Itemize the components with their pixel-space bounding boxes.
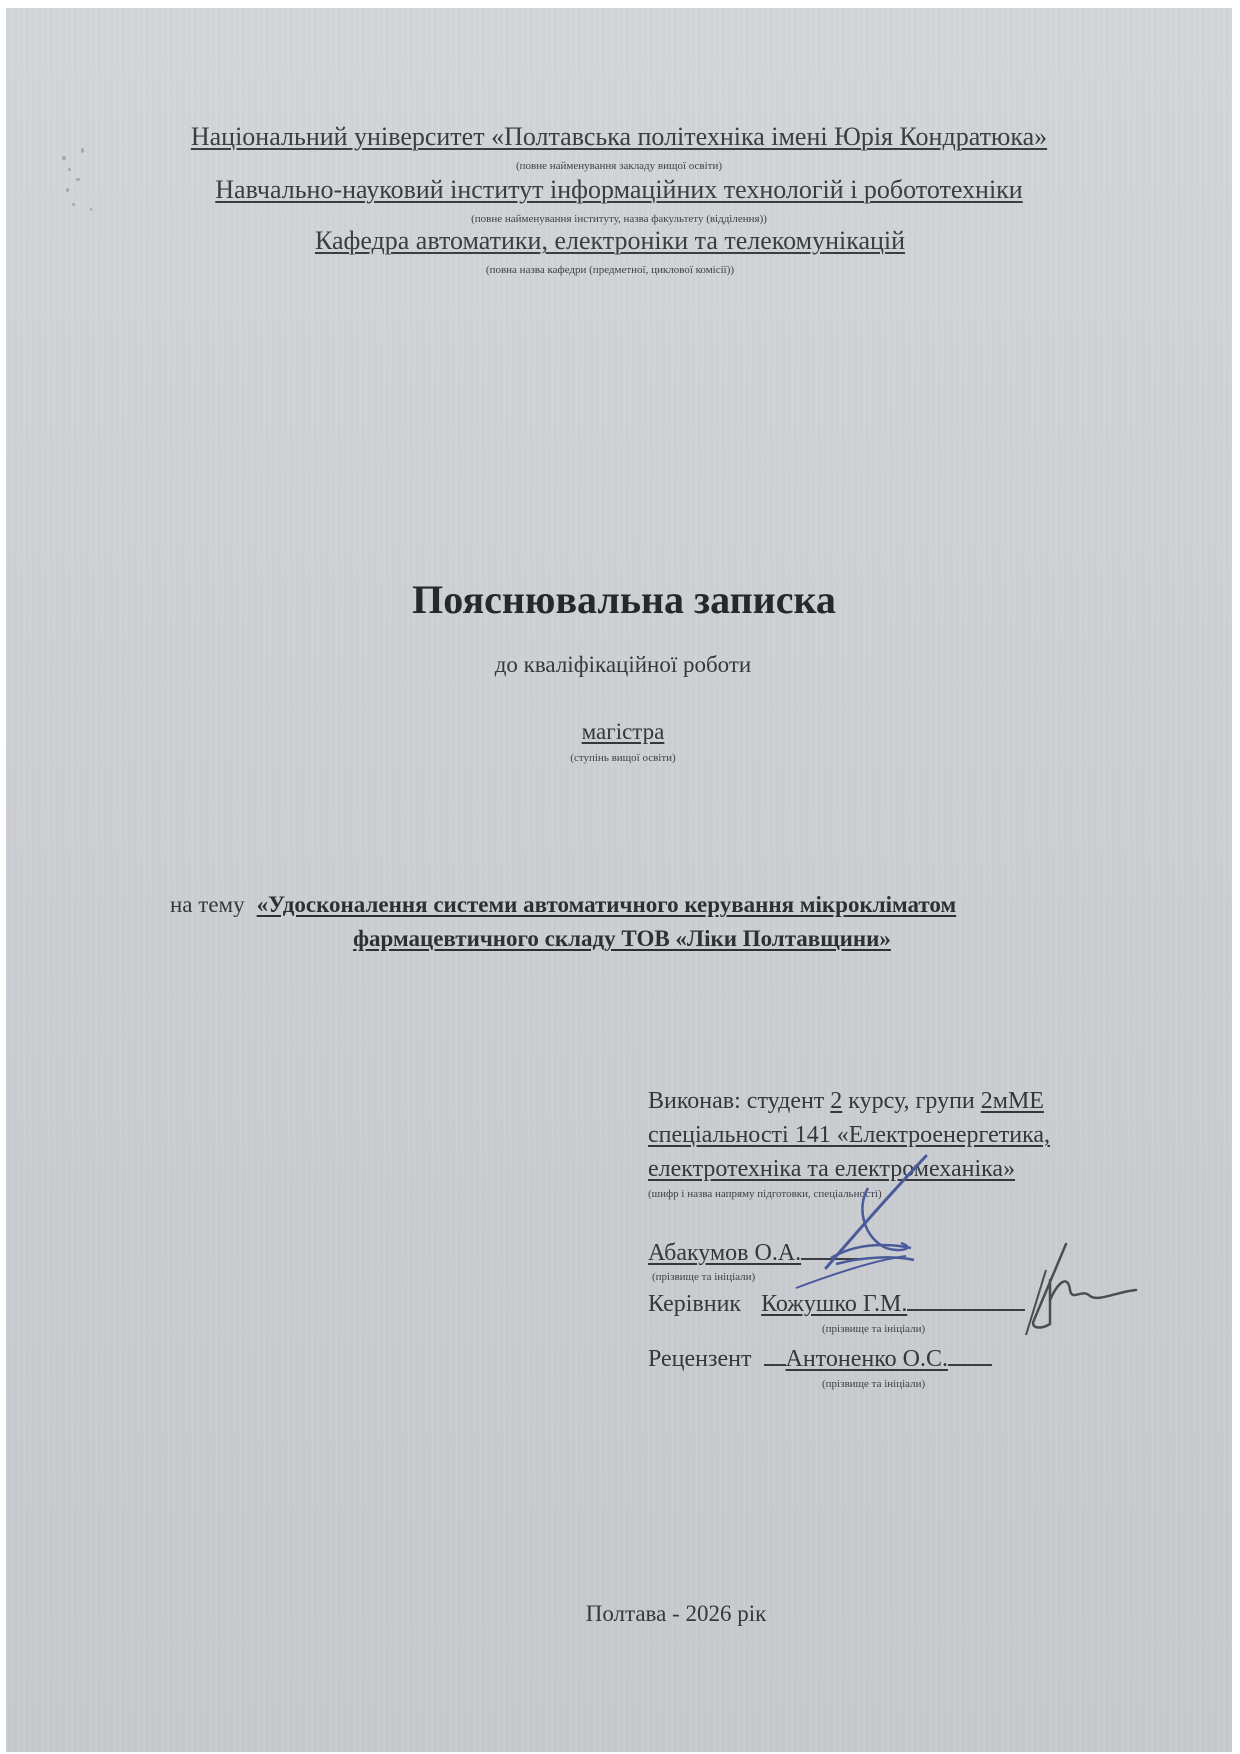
reviewer-name: Антоненко О.С. bbox=[786, 1346, 948, 1372]
supervisor-signature-icon bbox=[1006, 1240, 1146, 1340]
performed-by-line: Виконав: студент 2 курсу, групи 2мМЕ bbox=[648, 1088, 1044, 1115]
reviewer-line: Рецензент Антоненко О.С. bbox=[648, 1346, 992, 1373]
topic-prefix: на тему bbox=[170, 892, 245, 917]
supervisor-label: Керівник bbox=[648, 1291, 741, 1317]
course-number: 2 bbox=[830, 1088, 842, 1114]
document-title: Пояснювальна записка bbox=[16, 576, 1232, 623]
specialty-line-1: спеціальності 141 «Електроенергетика, bbox=[648, 1122, 1050, 1149]
supervisor-hint: (прізвище та ініціали) bbox=[822, 1323, 925, 1335]
reviewer-signature-line bbox=[948, 1363, 992, 1366]
topic-title-part-2: фармацевтичного складу ТОВ «Ліки Полтавщ… bbox=[12, 926, 1232, 952]
reviewer-label: Рецензент bbox=[648, 1346, 752, 1372]
university-name: Національний університет «Полтавська пол… bbox=[6, 122, 1232, 152]
institute-hint: (повне найменування інституту, назва фак… bbox=[6, 213, 1232, 225]
group-code: 2мМЕ bbox=[981, 1088, 1044, 1114]
department-hint: (повна назва кафедри (предметної, циклов… bbox=[6, 264, 1232, 276]
document-page: Національний університет «Полтавська пол… bbox=[6, 8, 1232, 1752]
university-hint: (повне найменування закладу вищої освіти… bbox=[6, 160, 1232, 172]
topic-line-1: на тему «Удосконалення системи автоматич… bbox=[170, 892, 956, 918]
student-hint: (прізвище та ініціали) bbox=[652, 1271, 755, 1283]
student-signature-icon bbox=[776, 1148, 956, 1298]
degree-hint: (ступінь вищої освіти) bbox=[14, 752, 1232, 764]
reviewer-hint: (прізвище та ініціали) bbox=[822, 1378, 925, 1390]
topic-title-part-1: «Удосконалення системи автоматичного кер… bbox=[257, 892, 957, 917]
document-subtitle: до кваліфікаційної роботи bbox=[14, 652, 1232, 678]
institute-name: Навчально-науковий інститут інформаційни… bbox=[6, 175, 1232, 205]
degree: магістра bbox=[14, 719, 1232, 745]
city-year: Полтава - 2026 рік bbox=[6, 1601, 1232, 1627]
department-name: Кафедра автоматики, електроніки та телек… bbox=[6, 226, 1232, 256]
